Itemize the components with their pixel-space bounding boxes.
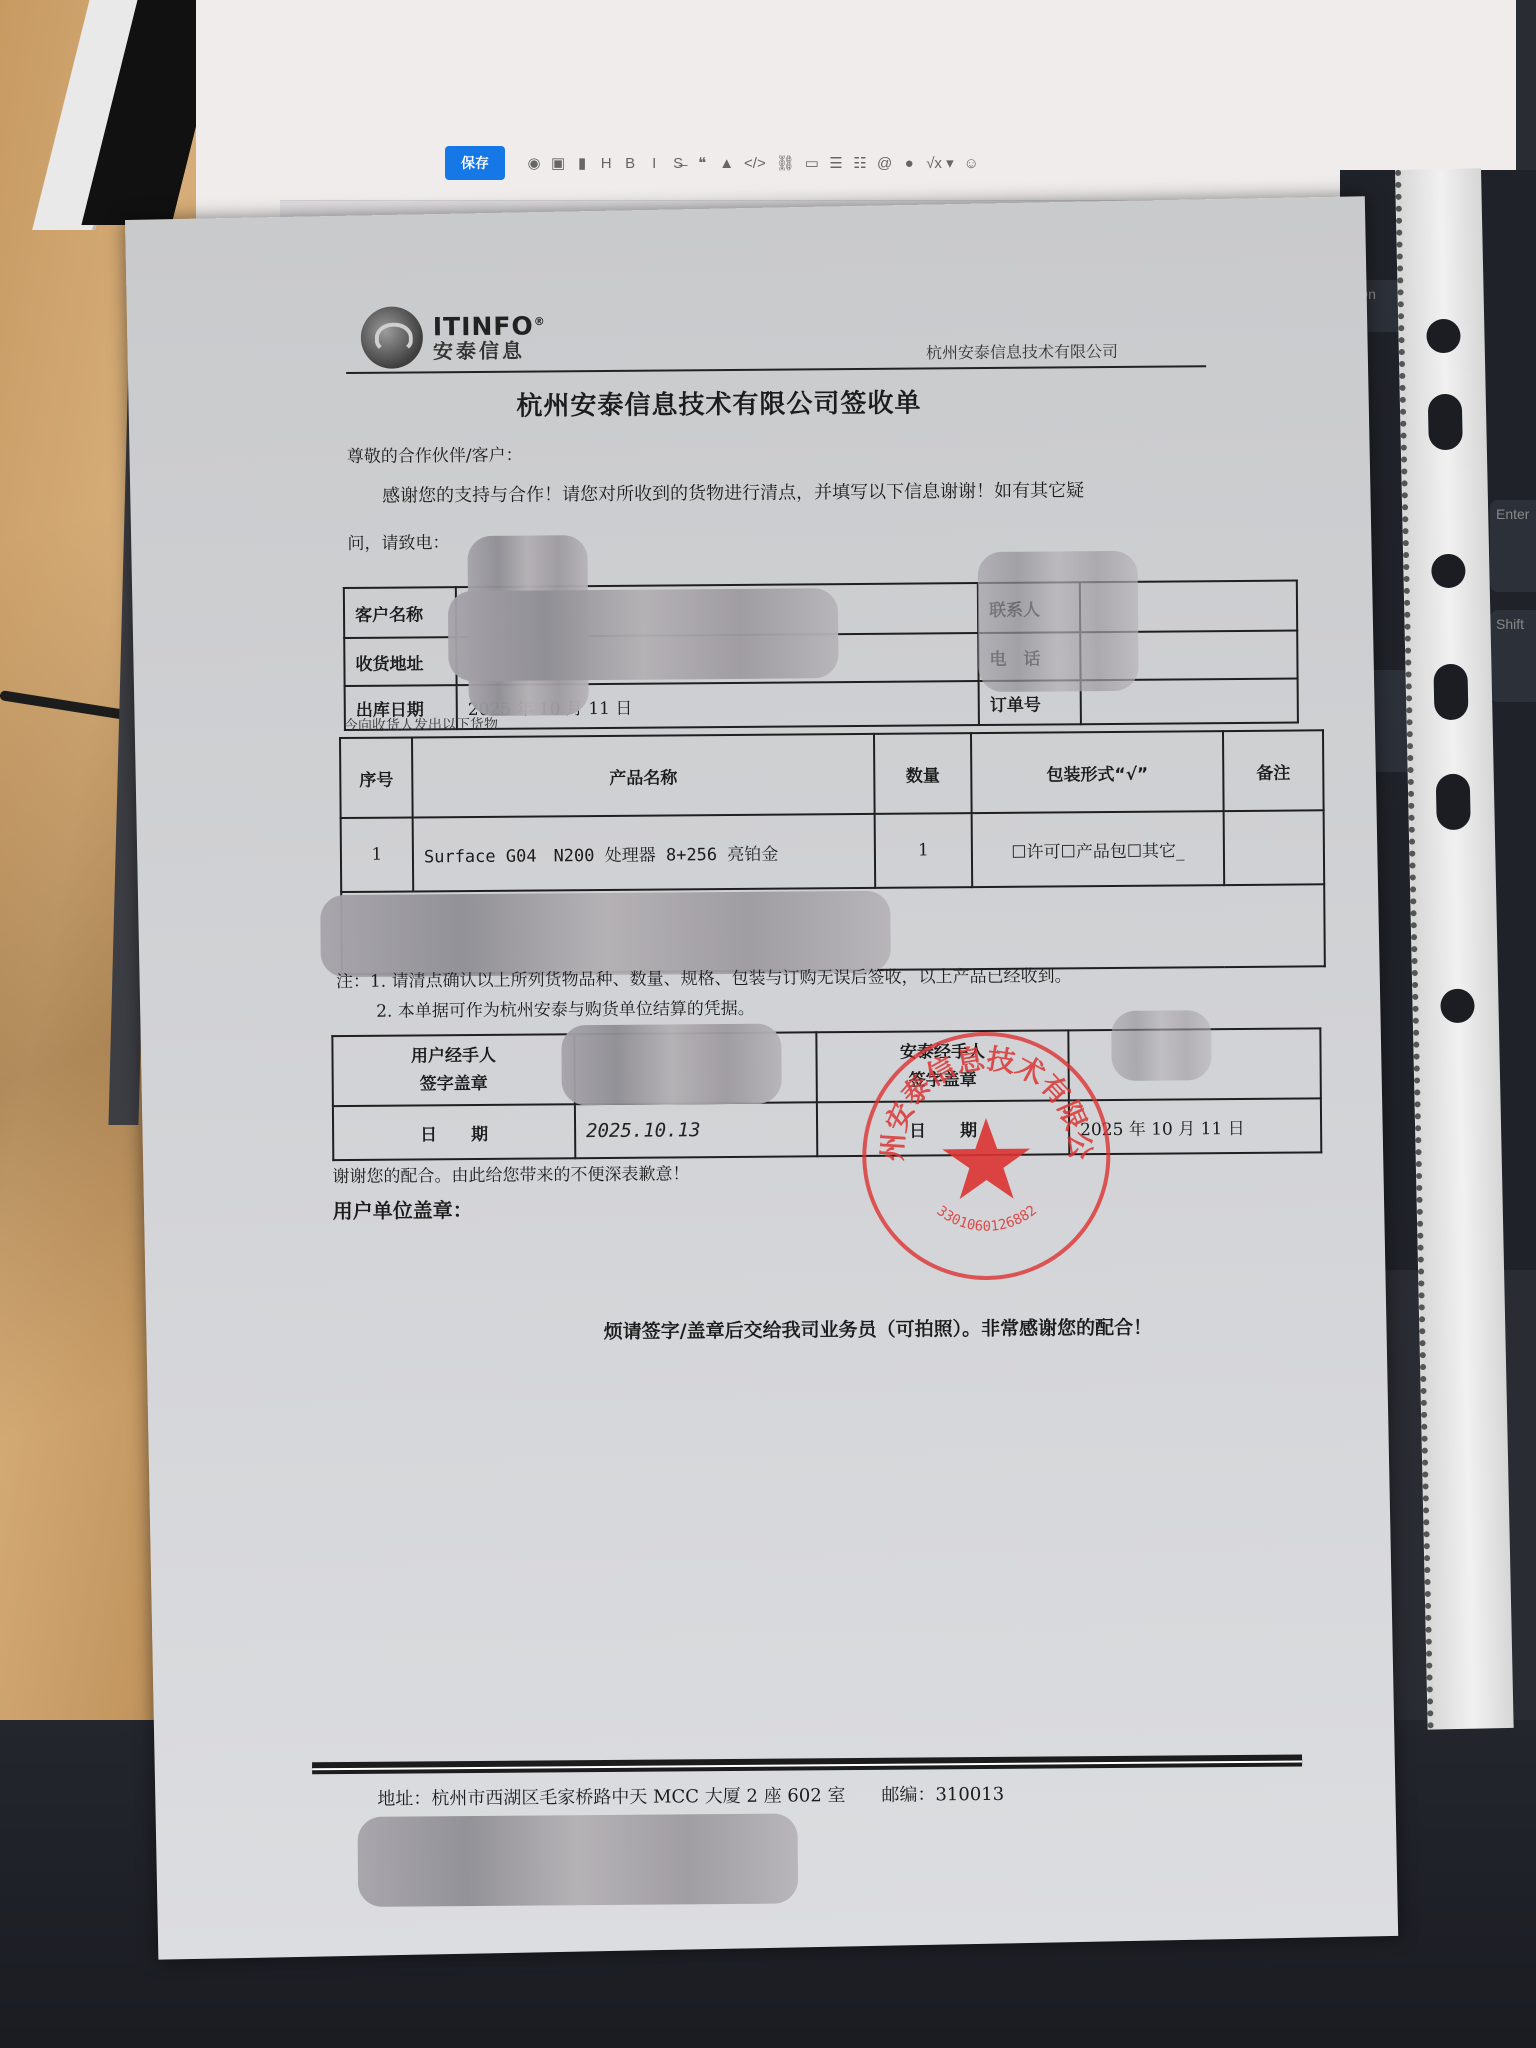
seal-star-icon: 杭州安泰信息技术有限公司 3301060126882	[865, 1035, 1107, 1277]
code-icon[interactable]: </>	[744, 155, 766, 172]
editor-toolbar: 保存 ◉ ▣ ▮ H B I S̶ ❝ ▲ </> ⛓ ▭ ☰ ☷ @ ● √x…	[445, 145, 979, 181]
note-1: 注：1. 请清点确认以上所列货物品种、数量、规格、包装与订购无误后签收，以上产品…	[336, 961, 1072, 997]
strikethrough-icon[interactable]: S̶	[671, 155, 685, 172]
footer-rule	[312, 1755, 1302, 1771]
user-seal-label: 用户单位盖章：	[333, 1194, 473, 1224]
save-button[interactable]: 保存	[445, 146, 505, 180]
image-icon[interactable]: ▭	[805, 154, 819, 172]
request-text: 烦请签字/盖章后交给我司业务员（可拍照）。非常感谢您的配合！	[604, 1313, 1153, 1344]
logo-english: ITINFO	[433, 311, 534, 341]
registered-mark: ®	[534, 315, 546, 328]
numbered-list-icon[interactable]: ☷	[853, 154, 867, 172]
emoji-icon[interactable]: ☺	[964, 155, 979, 172]
quote-icon[interactable]: ❝	[695, 154, 709, 172]
col-header-remark: 备注	[1223, 730, 1324, 811]
intro-text-continued: 问，请致电：	[347, 528, 449, 554]
customer-name-label: 客户名称	[344, 587, 456, 638]
document-title: 杭州安泰信息技术有限公司签收单	[516, 382, 921, 422]
thanks-text: 谢谢您的配合。由此给您带来的不便深表歉意！	[332, 1159, 689, 1187]
row-qty: 1	[875, 813, 973, 888]
col-header-no: 序号	[340, 737, 413, 818]
punch-hole	[1428, 394, 1463, 451]
warning-icon[interactable]: ▲	[719, 155, 734, 172]
user-handler-label: 用户经手人 签字盖章	[332, 1034, 575, 1106]
row-product: Surface G04 N200 处理器 8+256 亮铂金	[413, 814, 876, 892]
punch-hole	[1426, 319, 1461, 354]
logo-emblem-icon	[361, 306, 423, 368]
redaction	[1111, 1010, 1212, 1081]
greeting: 尊敬的合作伙伴/客户：	[347, 441, 523, 467]
footer-address: 地址：杭州市西湖区毛家桥路中天 MCC 大厦 2 座 602 室 邮编：3100…	[377, 1780, 1004, 1811]
col-header-packaging: 包装形式“√”	[971, 731, 1224, 813]
company-logo: ITINFO® 安泰信息	[361, 305, 546, 368]
svg-text:3301060126882: 3301060126882	[934, 1202, 1040, 1235]
goods-caption: 今向收货人发出以下货物	[344, 714, 498, 735]
user-date-value: 2025.10.13	[575, 1102, 817, 1158]
notes: 注：1. 请清点确认以上所列货物品种、数量、规格、包装与订购无误后签收，以上产品…	[336, 961, 1072, 1027]
intro-text: 感谢您的支持与合作！请您对所收到的货物进行清点，并填写以下信息谢谢！如有其它疑	[382, 476, 1084, 508]
bold-icon[interactable]: B	[623, 155, 637, 172]
file-icon[interactable]: ▮	[575, 154, 589, 172]
italic-icon[interactable]: I	[647, 155, 661, 172]
comment-icon[interactable]: ●	[902, 155, 916, 172]
punch-hole	[1431, 554, 1466, 589]
mention-icon[interactable]: @	[877, 155, 892, 172]
table-row: 1 Surface G04 N200 处理器 8+256 亮铂金 1 ☐许可☐产…	[341, 810, 1325, 892]
punch-hole	[1440, 989, 1475, 1024]
redaction	[978, 551, 1139, 692]
punch-hole	[1433, 664, 1468, 721]
col-header-product: 产品名称	[412, 734, 875, 818]
user-date-label: 日 期	[333, 1104, 575, 1160]
user-handler-label-line1: 用户经手人	[343, 1041, 563, 1071]
receipt-document: ITINFO® 安泰信息 杭州安泰信息技术有限公司 杭州安泰信息技术有限公司签收…	[215, 219, 1358, 1928]
redaction	[448, 588, 839, 681]
col-header-qty: 数量	[874, 733, 972, 814]
punch-hole	[1436, 774, 1471, 831]
redaction	[357, 1813, 798, 1906]
note-2: 2. 本单据可作为杭州安泰与购货单位结算的凭据。	[336, 991, 1072, 1027]
user-handler-label-line2: 签字盖章	[344, 1069, 564, 1099]
row-no: 1	[341, 817, 414, 892]
key-enter: Enter	[1490, 500, 1536, 592]
image-gallery-icon[interactable]: ▣	[551, 154, 565, 172]
key-shift: Shift	[1490, 610, 1536, 702]
row-remark	[1224, 810, 1325, 885]
header-company-name: 杭州安泰信息技术有限公司	[926, 339, 1118, 364]
redaction	[561, 1024, 782, 1106]
official-seal: 杭州安泰信息技术有限公司 3301060126882	[861, 1031, 1111, 1281]
eye-icon[interactable]: ◉	[527, 154, 541, 172]
laptop-screen	[196, 0, 1516, 220]
address-label: 收货地址	[344, 637, 456, 686]
row-packaging: ☐许可☐产品包☐其它_	[972, 811, 1225, 887]
formula-icon[interactable]: √x ▾	[926, 154, 953, 172]
logo-chinese: 安泰信息	[433, 340, 546, 361]
link-icon[interactable]: ⛓	[776, 154, 795, 172]
bullet-list-icon[interactable]: ☰	[829, 154, 843, 172]
heading-icon[interactable]: H	[599, 155, 613, 172]
